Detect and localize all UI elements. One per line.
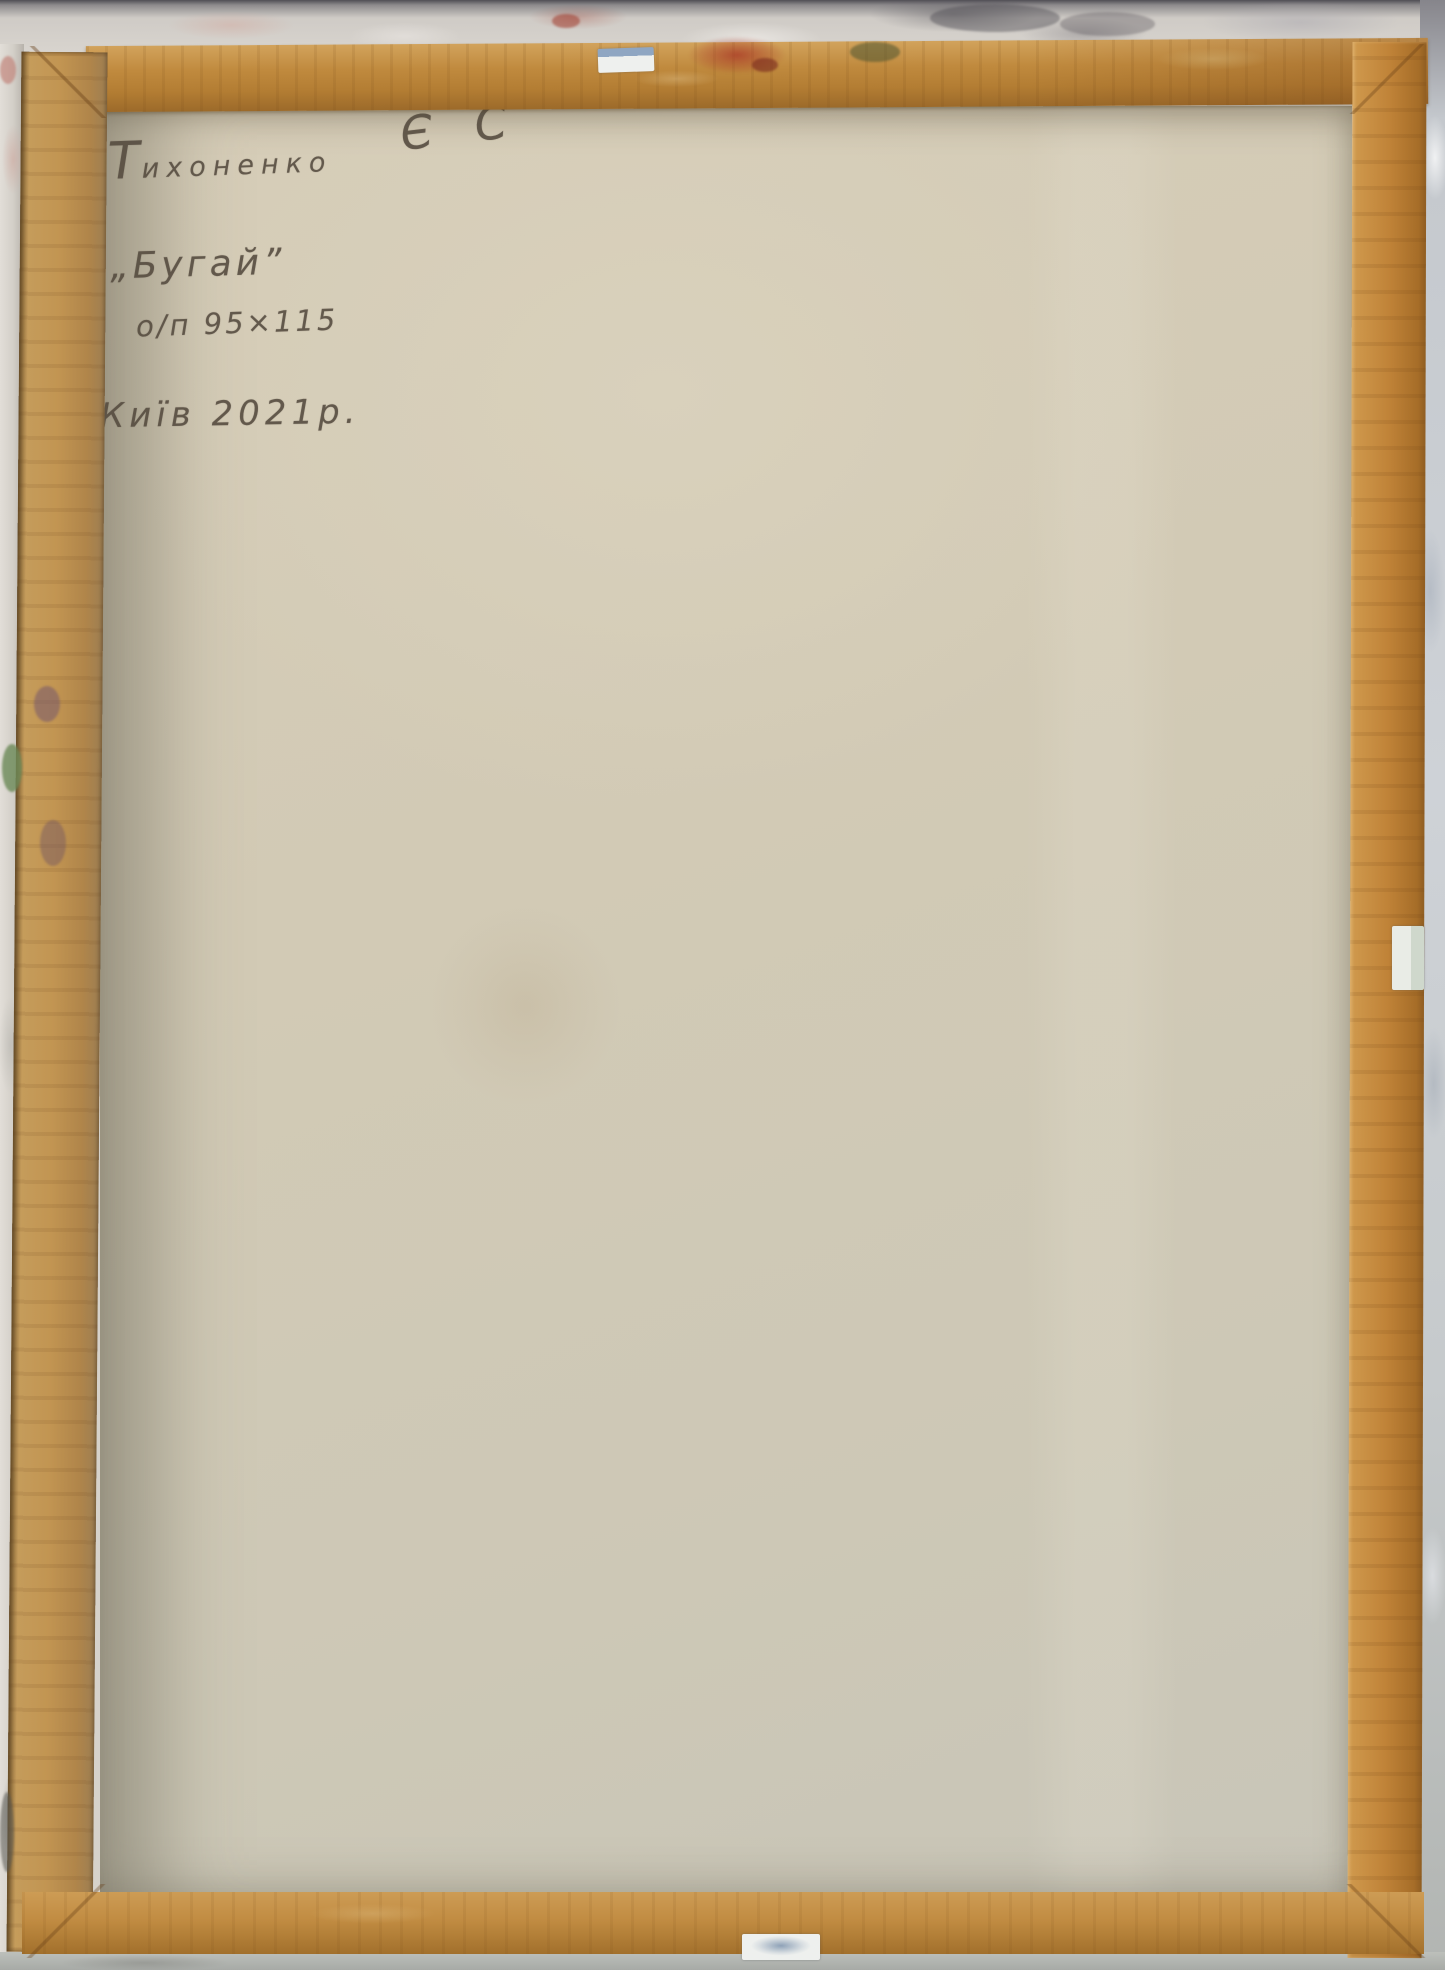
miter-joint-top-right (1346, 44, 1428, 114)
canvas-stain (430, 906, 620, 1106)
stretcher-bar-left (7, 52, 108, 1953)
painting-back-photo: Тихоненко Є С „Бугай” о/п 95×115 Київ 20… (0, 0, 1445, 1970)
right-inventory-sticker (1392, 926, 1424, 990)
rose-paint-dab-left (0, 56, 16, 84)
inscription-place-year: Київ 2021р. (100, 392, 361, 437)
gray-smudge-top-2 (1060, 12, 1155, 36)
miter-joint-bottom-right (1344, 1884, 1428, 1958)
inscription-title: „Бугай” (109, 242, 286, 288)
miter-joint-top-left (26, 46, 110, 118)
green-paint-dab-left (2, 744, 22, 792)
small-red-mark-top (552, 14, 580, 28)
top-inventory-sticker (598, 47, 655, 73)
inscription-medium-size: о/п 95×115 (135, 302, 338, 343)
dark-red-paint-dot-top (752, 58, 778, 72)
handwritten-inscription: Тихоненко Є С „Бугай” о/п 95×115 Київ 20… (100, 106, 620, 526)
canvas-back: Тихоненко Є С „Бугай” о/п 95×115 Київ 20… (100, 106, 1352, 1894)
gray-smudge-top-1 (930, 4, 1060, 32)
frame-outer-edge-bottom (0, 1952, 1445, 1970)
miter-joint-bottom-left (22, 1884, 110, 1958)
inscription-artist-name: Тихоненко (107, 124, 333, 192)
stretcher-bar-right (1347, 42, 1426, 1958)
purple-paint-dab-left-2 (40, 820, 66, 866)
olive-paint-mark-top (850, 42, 900, 62)
purple-paint-dab-left-1 (34, 686, 60, 722)
dark-mark-bottom-left (0, 1792, 14, 1872)
stretcher-bar-bottom (22, 1892, 1424, 1954)
bottom-inventory-sticker (742, 1934, 820, 1960)
